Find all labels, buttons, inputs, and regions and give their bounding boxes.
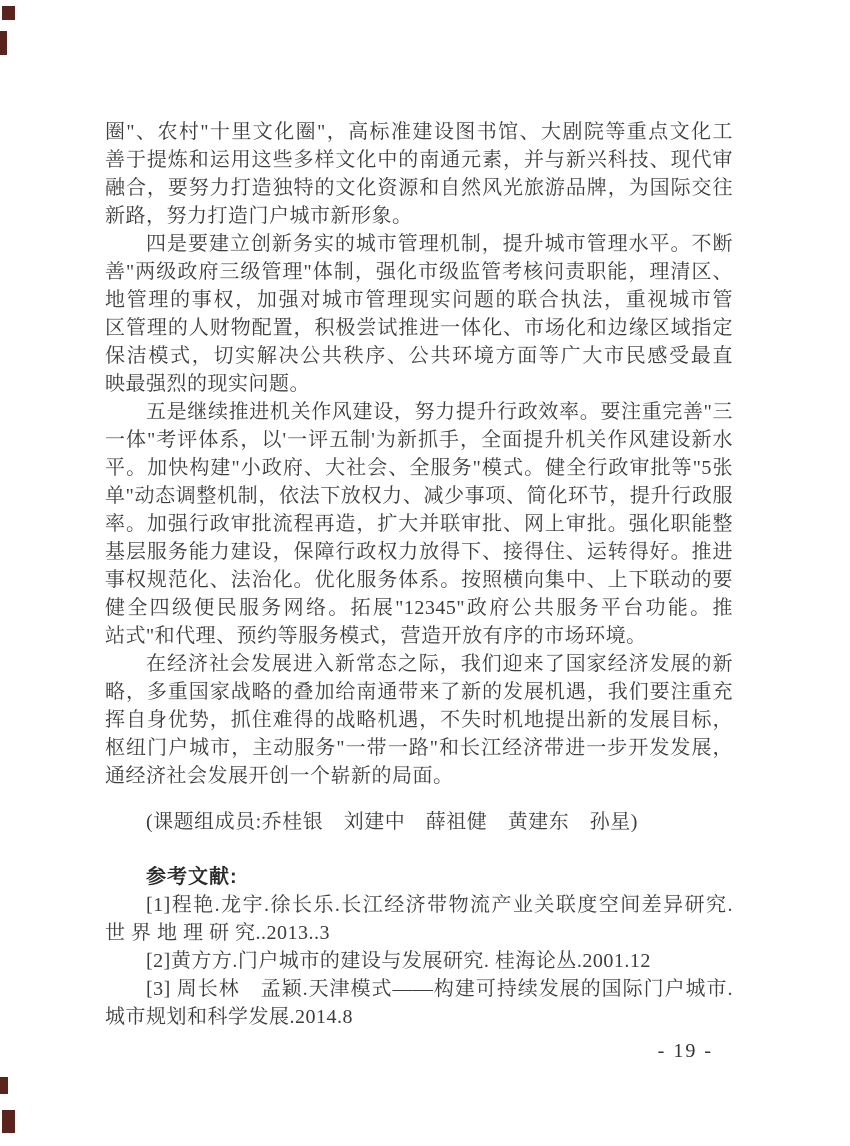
scan-artifact: [2, 6, 15, 20]
text-line: 通经济社会发展开创一个崭新的局面。: [105, 762, 733, 790]
page-content: 圈"、农村"十里文化圈"，高标准建设图书馆、大剧院等重点文化工程。要善于提炼和运…: [105, 118, 733, 1065]
text-line: 四是要建立创新务实的城市管理机制，提升城市管理水平。不断完: [105, 230, 733, 258]
text-line: 保洁模式，切实解决公共秩序、公共环境方面等广大市民感受最直接、反: [105, 342, 733, 370]
text-line: 新路，努力打造门户城市新形象。: [105, 202, 733, 230]
reference-line: 城市规划和科学发展.2014.8: [105, 1003, 733, 1031]
text-line: 率。加强行政审批流程再造，扩大并联审批、网上审批。强化职能整合和: [105, 510, 733, 538]
text-line: 地管理的事权，加强对城市管理现实问题的联合执法，重视城市管理、社: [105, 286, 733, 314]
text-line: 略，多重国家战略的叠加给南通带来了新的发展机遇，我们要注重充分发: [105, 678, 733, 706]
text-line: 一体"考评体系，以'一评五制'为新抓手，全面提升机关作风建设新水: [105, 426, 733, 454]
text-line: 映最强烈的现实问题。: [105, 370, 733, 398]
reference-line: [1]程艳.龙宇.徐长乐.长江经济带物流产业关联度空间差异研究.: [105, 891, 733, 919]
text-line: 平。加快构建"小政府、大社会、全服务"模式。健全行政审批等"5张清: [105, 454, 733, 482]
text-line: 基层服务能力建设，保障行政权力放得下、接得住、运转得好。推进政府: [105, 538, 733, 566]
text-line: 在经济社会发展进入新常态之际，我们迎来了国家经济发展的新战: [105, 650, 733, 678]
text-line: 健全四级便民服务网络。拓展"12345"政府公共服务平台功能。推广"一: [105, 594, 733, 622]
text-line: 善于提炼和运用这些多样文化中的南通元素，并与新兴科技、现代审美相: [105, 146, 733, 174]
references-list: [1]程艳.龙宇.徐长乐.长江经济带物流产业关联度空间差异研究.世 界 地 理 …: [105, 891, 733, 1031]
text-line: 五是继续推进机关作风建设，努力提升行政效率。要注重完善"三位: [105, 398, 733, 426]
scan-artifact: [0, 1077, 8, 1094]
scan-artifact: [0, 31, 7, 55]
text-line: 枢纽门户城市，主动服务"一带一路"和长江经济带进一步开发发展，为南: [105, 734, 733, 762]
text-line: 融合，要努力打造独特的文化资源和自然风光旅游品牌，为国际交往开辟: [105, 174, 733, 202]
text-line: 事权规范化、法治化。优化服务体系。按照横向集中、上下联动的要求，: [105, 566, 733, 594]
references-heading: 参考文献:: [105, 863, 733, 891]
page-number: - 19 -: [105, 1037, 733, 1065]
body-paragraphs: 圈"、农村"十里文化圈"，高标准建设图书馆、大剧院等重点文化工程。要善于提炼和运…: [105, 118, 733, 790]
text-line: 单"动态调整机制，依法下放权力、减少事项、简化环节，提升行政服务效: [105, 482, 733, 510]
reference-line: [3] 周长林 孟颖.天津模式——构建可持续发展的国际门户城市.: [105, 975, 733, 1003]
text-line: 站式"和代理、预约等服务模式，营造开放有序的市场环境。: [105, 622, 733, 650]
reference-line: 世 界 地 理 研 究..2013..3: [105, 919, 733, 947]
document-page: 圈"、农村"十里文化圈"，高标准建设图书馆、大剧院等重点文化工程。要善于提炼和运…: [0, 0, 850, 1146]
text-line: 挥自身优势，抓住难得的战略机遇，不失时机地提出新的发展目标，建设: [105, 706, 733, 734]
text-line: 善"两级政府三级管理"体制，强化市级监管考核问责职能，理清区、街属: [105, 258, 733, 286]
reference-line: [2]黄方方.门户城市的建设与发展研究. 桂海论丛.2001.12: [105, 947, 733, 975]
credits-line: (课题组成员:乔桂银 刘建中 薛祖健 黄建东 孙星): [105, 808, 733, 836]
text-line: 区管理的人财物配置，积极尝试推进一体化、市场化和边缘区域指定化等: [105, 314, 733, 342]
scan-artifact: [2, 1110, 15, 1133]
text-line: 圈"、农村"十里文化圈"，高标准建设图书馆、大剧院等重点文化工程。要: [105, 118, 733, 146]
